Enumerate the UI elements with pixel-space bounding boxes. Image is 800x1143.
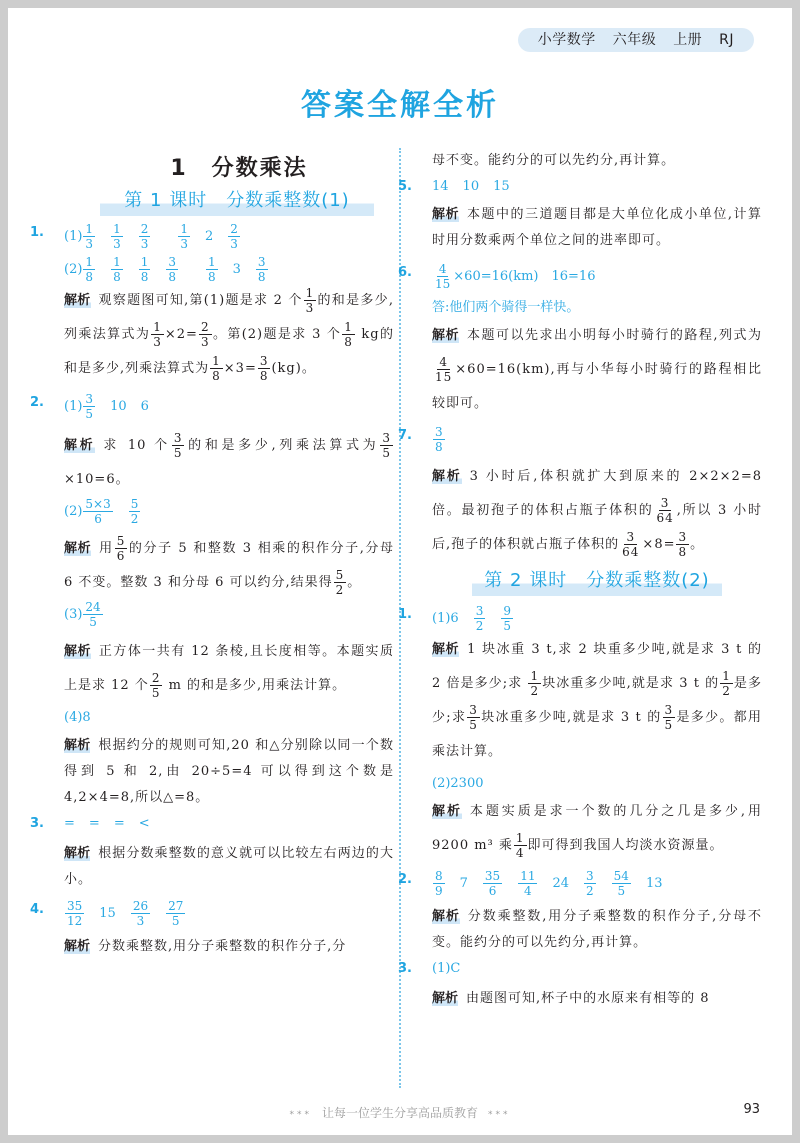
question-2-part-3-explanation: 解析正方体一共有 12 条棱,且长度相等。本题实质上是求 12 个25 m 的和… <box>64 635 394 703</box>
decorative-stars-icon: *** <box>488 1110 511 1120</box>
question-6-explanation: 解析本题可以先求出小明每小时骑行的路程,列式为415×60=16(km),再与小… <box>432 319 762 421</box>
decorative-stars-icon: *** <box>289 1110 312 1120</box>
grade-label: 六年级 <box>613 32 657 48</box>
question-2-part-1-answer: 2. (1)35106 <box>64 392 394 421</box>
question-1-part-1-answer: 1. (1)13132313223 <box>64 222 394 251</box>
answer-page: 小学数学 六年级 上册 RJ 答案全解全析 1 分数乘法 第 1 课时 分数乘整… <box>8 8 792 1135</box>
question-7-answer: 7. 38 <box>432 425 762 454</box>
lesson-2-question-3-answer: 3. (1)C <box>432 958 762 980</box>
question-2-part-2-answer: (2)5×3652 <box>64 497 394 526</box>
question-2-part-3-answer: (3)245 <box>64 600 394 629</box>
question-4-explanation-continued: 母不变。能约分的可以先约分,再计算。 <box>432 148 762 174</box>
edition-label: RJ <box>719 32 734 48</box>
lesson-2-question-3-explanation: 解析由题图可知,杯子中的水原来有相等的 8 <box>432 986 762 1012</box>
volume-label: 上册 <box>673 32 702 48</box>
lesson-2-question-1-part-1-answer: 1. (1)63295 <box>432 604 762 633</box>
question-2-part-2-explanation: 解析用56的分子 5 和整数 3 相乘的积作分子,分母 6 不变。整数 3 和分… <box>64 532 394 600</box>
question-6-answer: 6. 415×60=16(km) 16=16 <box>432 262 762 291</box>
question-3-answer: 3. ===< <box>64 813 394 835</box>
lesson-2-title: 第 2 课时 分数乘整数(2) <box>472 568 722 596</box>
chapter-title: 1 分数乘法 <box>64 152 394 186</box>
question-4-explanation: 解析分数乘整数,用分子乘整数的积作分子,分 <box>64 934 394 960</box>
question-2-part-4-explanation: 解析根据约分的规则可知,20 和△分别除以同一个数得到 5 和 2,由 20÷5… <box>64 733 394 811</box>
subject-label: 小学数学 <box>538 32 596 48</box>
question-5-answer: 5. 141015 <box>432 176 762 198</box>
question-7-explanation: 解析3 小时后,体积就扩大到原来的 2×2×2=8 倍。最初孢子的体积占瓶子体积… <box>432 460 762 562</box>
question-1-part-2-answer: (2)1818183818338 <box>64 255 394 284</box>
question-2-part-1-explanation: 解析求 10 个35的和是多少,列乘法算式为35×10=6。 <box>64 429 394 497</box>
lesson-2-question-2-explanation: 解析分数乘整数,用分子乘整数的积作分子,分母不变。能约分的可以先约分,再计算。 <box>432 904 762 956</box>
page-title: 答案全解全析 <box>8 80 792 124</box>
lesson-2-question-2-answer: 2. 897356114243254513 <box>432 869 762 898</box>
question-6-conclusion: 答:他们两个骑得一样快。 <box>432 297 762 319</box>
book-info-badge: 小学数学 六年级 上册 RJ <box>518 28 754 52</box>
question-1-explanation: 解析观察题图可知,第(1)题是求 2 个13的和是多少,列乘法算式为13×2=2… <box>64 284 394 386</box>
question-5-explanation: 解析本题中的三道题目都是大单位化成小单位,计算时用分数乘两个单位之间的进率即可。 <box>432 202 762 254</box>
left-column: 1 分数乘法 第 1 课时 分数乘整数(1) 1. (1)13132313223… <box>64 148 394 960</box>
lesson-1-title: 第 1 课时 分数乘整数(1) <box>100 188 374 216</box>
lesson-2-question-1-part-2-explanation: 解析本题实质是求一个数的几分之几是多少,用 9200 m³ 乘14即可得到我国人… <box>432 795 762 863</box>
question-2-part-4-answer: (4)8 <box>64 707 394 729</box>
lesson-2-question-1-part-2-answer: (2)2300 <box>432 773 762 795</box>
question-3-explanation: 解析根据分数乘整数的意义就可以比较左右两边的大小。 <box>64 841 394 893</box>
page-number: 93 <box>743 1102 760 1117</box>
explanation-tag: 解析 <box>64 293 91 308</box>
right-column: 母不变。能约分的可以先约分,再计算。 5. 141015 解析本题中的三道题目都… <box>432 148 762 1012</box>
footer-slogan: ***让每一位学生分享高品质教育*** <box>8 1104 792 1121</box>
lesson-2-question-1-part-1-explanation: 解析1 块冰重 3 t,求 2 块重多少吨,就是求 3 t 的 2 倍是多少;求… <box>432 633 762 769</box>
question-4-answer: 4. 351215263275 <box>64 899 394 928</box>
